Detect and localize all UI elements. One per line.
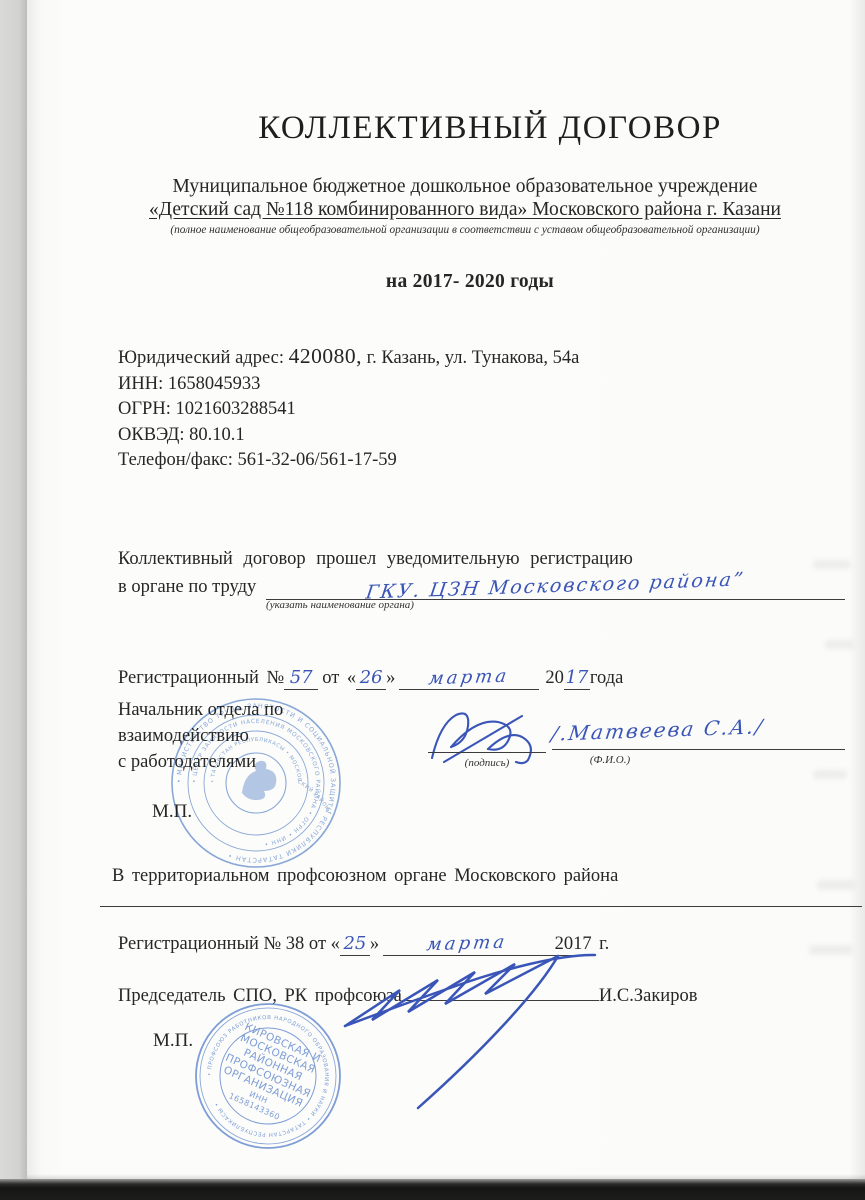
union-blank-line: [100, 906, 862, 907]
year-underline: 17: [564, 667, 590, 690]
agreement-period: на 2017- 2020 годы: [85, 271, 855, 293]
bleed-through-artifact: [813, 560, 851, 569]
reg-no-handwritten: 57: [290, 667, 313, 688]
bleed-through-artifact: [825, 640, 855, 649]
day-underline: 26: [356, 667, 386, 690]
fio-line: /.Матвеева С.А./: [552, 718, 845, 750]
ogrn-line: ОГРН: 1021603288541: [118, 397, 579, 423]
phone-line: Телефон/факс: 561-32-06/561-17-59: [118, 448, 579, 474]
bleed-through-artifact: [809, 945, 853, 955]
sign-line: [428, 728, 546, 753]
address-zip: 420080,: [289, 344, 362, 368]
union-year-suffix: г.: [599, 934, 609, 955]
labor-reg-number-line: Регистрационный № 57 от « 26 » марта 20 …: [118, 667, 623, 690]
bleed-through-artifact: [813, 770, 847, 779]
legal-address-line: Юридический адрес: 420080, г. Казань, ул…: [118, 344, 579, 372]
organization-name-line1: Муниципальное бюджетное дошкольное образ…: [80, 176, 850, 198]
reg-no-underline: 57: [284, 667, 318, 690]
year-prefix: 20: [545, 668, 564, 689]
from-label: от «: [322, 668, 356, 689]
bleed-through-artifact: [817, 880, 857, 890]
stamp-place-label-2: М.П.: [153, 1030, 193, 1052]
sign-caption: (подпись): [428, 757, 546, 769]
scan-right-shadow: [849, 0, 865, 1200]
employment-center-stamp: • МИНИСТЕРСТВО ТРУДА, ЗАНЯТОСТИ И СОЦИАЛ…: [170, 696, 342, 870]
scanned-document: КОЛЛЕКТИВНЫЙ ДОГОВОР Муниципальное бюдже…: [0, 0, 865, 1200]
fio-handwritten: /.Матвеева С.А./: [550, 714, 766, 745]
address-label: Юридический адрес:: [118, 348, 284, 368]
requisites-block: Юридический адрес: 420080, г. Казань, ул…: [118, 344, 579, 474]
zilant-emblem-icon: [242, 761, 276, 800]
month-handwritten: марта: [428, 666, 511, 690]
reg-label: Регистрационный №: [118, 668, 284, 689]
organization-caption: (полное наименование общеобразовательной…: [80, 224, 850, 236]
chairman-name: И.С.Закиров: [599, 986, 698, 1007]
union-registration-line1: В территориальном профсоюзном органе Мос…: [112, 866, 618, 887]
fio-caption: (Ф.И.О.): [550, 754, 670, 766]
chairman-signature: [300, 928, 600, 1118]
inn-line: ИНН: 1658045933: [118, 372, 579, 398]
document-title: КОЛЛЕКТИВНЫЙ ДОГОВОР: [105, 110, 865, 147]
address-rest: г. Казань, ул. Тунакова, 54а: [367, 348, 580, 368]
union-stamp: • ПРОФСОЮЗ РАБОТНИКОВ НАРОДНОГО ОБРАЗОВА…: [193, 1001, 343, 1151]
year-handwritten: 17: [565, 667, 588, 688]
labor-org-underline: ГКУ. ЦЗН Московского района”: [266, 575, 845, 600]
labor-org-caption: (указать наименование органа): [250, 599, 430, 611]
labor-registration-line1: Коллективный договор прошел уведомительн…: [118, 549, 633, 570]
labor-registration-line2: в органе по труду ГКУ. ЦЗН Московского р…: [118, 575, 845, 600]
month-underline: марта: [399, 667, 539, 690]
organization-name-line2: «Детский сад №118 комбинированного вида»…: [80, 199, 850, 221]
day-handwritten: 26: [360, 667, 383, 688]
quote-close: »: [386, 668, 395, 689]
scan-left-edge: [0, 0, 27, 1200]
year-suffix: года: [590, 668, 623, 689]
labor-org-prefix: в органе по труду: [118, 577, 256, 598]
okved-line: ОКВЭД: 80.10.1: [118, 423, 579, 449]
scan-bottom-edge: [0, 1179, 865, 1200]
